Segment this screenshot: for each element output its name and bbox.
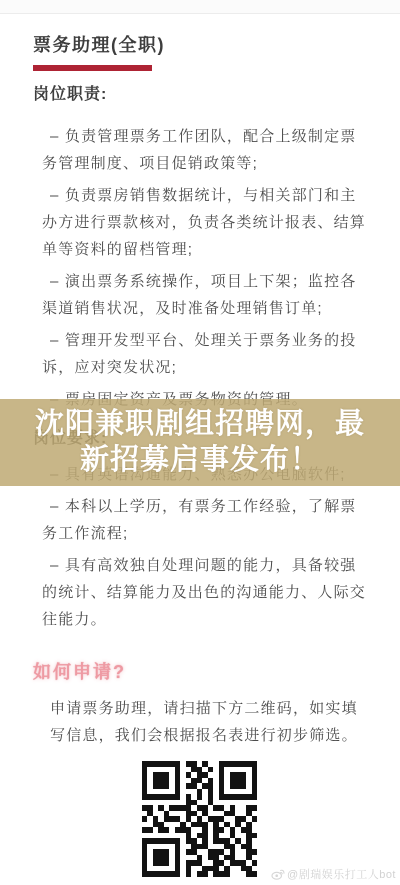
page-title: 票务助理(全职) [33,34,366,56]
weibo-icon [271,868,285,880]
duty-item-4: – 管理开发型平台、处理关于票务业务的投诉，应对突发状况; [42,327,366,381]
requirement-item-3: – 具有高效独自处理问题的能力，具备较强的统计、结算能力及出色的沟通能力、人际交… [42,552,366,633]
top-strip [0,0,400,14]
duty-item-3: – 演出票务系统操作，项目上下架；监控各渠道销售状况，及时准备处理销售订单; [42,268,366,322]
apply-heading: 如何申请? [33,661,366,683]
qr-code [142,761,258,877]
overlay-banner[interactable]: 沈阳兼职剧组招聘网，最新招募启事发布！ [0,399,400,486]
watermark: @剧瑞娱乐打工人bot [271,866,396,882]
duty-item-2: – 负责票房销售数据统计，与相关部门和主办方进行票款核对，负责各类统计报表、结算… [42,182,366,263]
title-underline [33,65,152,71]
overlay-banner-text: 沈阳兼职剧组招聘网，最新招募启事发布！ [22,406,378,478]
apply-instructions: 申请票务助理，请扫描下方二维码，如实填写信息，我们会根据报名表进行初步筛选。 [50,695,366,749]
duties-heading: 岗位职责: [33,85,366,105]
duty-item-1: – 负责管理票务工作团队，配合上级制定票务管理制度、项目促销政策等; [42,123,366,177]
requirement-item-2: – 本科以上学历，有票务工作经验，了解票务工作流程; [42,493,366,547]
watermark-text: @剧瑞娱乐打工人bot [287,866,396,882]
